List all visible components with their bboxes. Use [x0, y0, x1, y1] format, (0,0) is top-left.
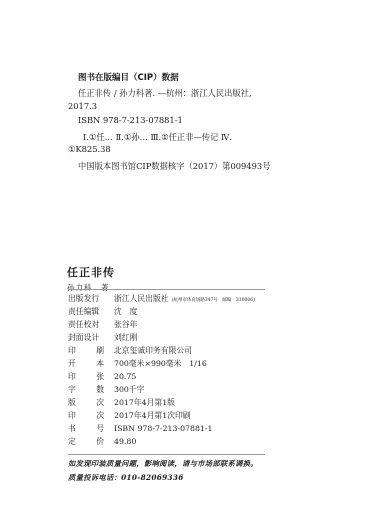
cip-verification: 中国版本图书馆CIP数据核字（2017）第009493号	[78, 160, 270, 172]
imprint-label: 印次	[68, 410, 114, 421]
imprint-row-editor: 责任编辑 沈 度	[68, 306, 137, 317]
imprint-value: 刘红刚	[114, 332, 137, 343]
cip-classification-cont: ①K825.38	[68, 144, 111, 154]
imprint-value: 49.80	[114, 437, 136, 446]
imprint-row-price: 定价 49.80	[68, 436, 136, 447]
imprint-label: 责任校对	[68, 319, 114, 330]
label-char: 号	[96, 423, 104, 434]
imprint-label: 印张	[68, 371, 114, 382]
label-char: 次	[96, 397, 104, 408]
imprint-row-printer: 印刷 北京玺诚印务有限公司	[68, 345, 192, 356]
label-char: 价	[96, 436, 104, 447]
label-char: 张	[96, 371, 104, 382]
imprint-row-printing: 印次 2017年4月第1次印刷	[68, 410, 191, 421]
label-char: 书	[68, 423, 76, 434]
imprint-row-isbn: 书号 ISBN 978-7-213-07881-1	[68, 423, 212, 434]
imprint-label: 定价	[68, 436, 114, 447]
imprint-label: 出版发行	[68, 293, 114, 304]
imprint-value: 北京玺诚印务有限公司	[114, 345, 192, 356]
divider-bottom	[68, 454, 265, 455]
label-char: 定	[68, 436, 76, 447]
imprint-label: 书号	[68, 423, 114, 434]
imprint-label: 字数	[68, 384, 114, 395]
imprint-row-cover-design: 封面设计 刘红刚	[68, 332, 137, 343]
imprint-value: 浙江人民出版社	[114, 293, 169, 304]
label-char: 数	[96, 384, 104, 395]
label-char: 印	[68, 410, 76, 421]
imprint-value: ISBN 978-7-213-07881-1	[114, 424, 212, 433]
imprint-value: 张谷年	[114, 319, 137, 330]
imprint-value: 700毫米×990毫米 1/16	[114, 358, 207, 369]
imprint-value: 2017年4月第1次印刷	[114, 410, 191, 421]
imprint-value: 300千字	[114, 384, 144, 395]
imprint-row-format: 开本 700毫米×990毫米 1/16	[68, 358, 207, 369]
imprint-row-edition: 版次 2017年4月第1版	[68, 397, 175, 408]
imprint-label: 开本	[68, 358, 114, 369]
cip-heading: 图书在版编目（CIP）数据	[78, 71, 179, 83]
complaint-phone: 质量投诉电话：010-82069336	[68, 473, 184, 483]
imprint-label: 版次	[68, 397, 114, 408]
quality-notice: 如发现印装质量问题，影响阅读，请与市场部联系调换。	[68, 459, 258, 469]
label-char: 次	[96, 410, 104, 421]
book-title: 任正非传	[67, 264, 115, 280]
label-char: 刷	[96, 345, 104, 356]
label-char: 印	[68, 371, 76, 382]
label-char: 印	[68, 345, 76, 356]
imprint-value: 2017年4月第1版	[114, 397, 175, 408]
imprint-row-sheets: 印张 20.75	[68, 371, 136, 382]
imprint-row-publisher: 出版发行 浙江人民出版社 (杭州市体育场路347号 邮编 310006)	[68, 293, 255, 304]
imprint-row-proofreader: 责任校对 张谷年	[68, 319, 137, 330]
publisher-address: (杭州市体育场路347号 邮编 310006)	[172, 297, 255, 303]
label-char: 开	[68, 358, 76, 369]
imprint-label: 印刷	[68, 345, 114, 356]
imprint-label: 封面设计	[68, 332, 114, 343]
label-char: 版	[68, 397, 76, 408]
imprint-value: 沈 度	[114, 306, 137, 317]
cip-classification: Ⅰ.①任… Ⅱ.①孙… Ⅲ.①任正非—传记 Ⅳ.	[83, 131, 232, 143]
imprint-label: 责任编辑	[68, 306, 114, 317]
label-char: 字	[68, 384, 76, 395]
cip-entry-line: 任正非传 / 孙力科著. —杭州：浙江人民出版社,	[78, 87, 252, 99]
label-char: 本	[96, 358, 104, 369]
cip-entry-line-cont: 2017.3	[68, 101, 97, 111]
divider-top	[68, 289, 265, 290]
cip-isbn: ISBN 978-7-213-07881-1	[78, 115, 183, 125]
imprint-row-word-count: 字数 300千字	[68, 384, 144, 395]
book-author: 孙力科 著	[67, 282, 110, 293]
imprint-value: 20.75	[114, 372, 136, 381]
